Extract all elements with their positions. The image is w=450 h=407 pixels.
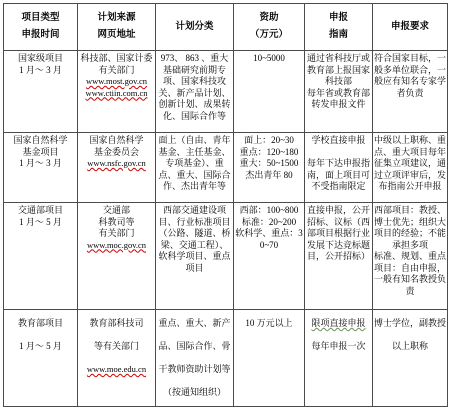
website-url: www.most.gov.cn [79, 76, 154, 88]
cell-requirement: 符合国家目标，一般多单位联合，一般应有知名专家学者负责 [373, 51, 448, 133]
cell-source: 交通部 科教司等 有关部门 www.moc.gov.cn [78, 203, 156, 310]
cell-requirement: 博士学位，副教授以上职称 [373, 310, 448, 407]
table-header-row: 项目类型 申报时间 计划来源 网页地址 计划分类 资助 （万元） 申报 指南 申… [4, 4, 448, 51]
header-application-guide: 申报 指南 [305, 4, 373, 51]
cell-source: 科技部、国家计委 有关部门 www.most.gov.cn www.ctiin.… [78, 51, 156, 133]
table-row-moc-projects: 交通部项目 1 月～ 5 月 交通部 科教司等 有关部门 www.moc.gov… [4, 203, 448, 310]
cell-text: 每年申报一次 [306, 335, 371, 358]
cell-text: 直接申报，公开招标、议标（西部项目根据行业发展下达竞标题目，公开招标） [306, 205, 371, 263]
website-url: www.ctiin.com.cn [79, 88, 154, 100]
header-project-type-time: 项目类型 申报时间 [4, 4, 78, 51]
cell-source: 国家自然科学 基金委员会 www.nsfc.gov.cn [78, 133, 156, 203]
cell-text: 博士学位，副教授以上职称 [374, 312, 446, 358]
cell-text: 国家自然科学 基金项目 1 月～ 3 月 [5, 135, 76, 170]
cell-text: 教育部项目 1 月～ 5 月 [5, 312, 76, 358]
cell-text: 西部项目：教授、博士优先；组织大项目的经验；不能承担多项 标准、规划、重点项目：… [374, 205, 446, 297]
cell-type-time: 教育部项目 1 月～ 5 月 [4, 310, 78, 407]
header-plan-source-url: 计划来源 网页地址 [78, 4, 156, 51]
cell-text: 交通部 科教司等 有关部门 [79, 205, 154, 240]
cell-category: 重点、重大、新产品、国际合作、骨干教师资助计划等（按通知组织） [156, 310, 234, 407]
cell-funding: 10 万元以上 [234, 310, 305, 407]
grammar-checked-text: 限项直接申报 [311, 318, 365, 328]
header-text: 项目类型 申报时间 [5, 10, 76, 44]
website-url: www.moc.gov.cn [79, 240, 154, 252]
header-text: 计划分类 [157, 19, 232, 36]
cell-text: 面上：20~30 重点：120~180 重大：50~1500 杰出青年 80 [235, 135, 303, 181]
header-plan-category: 计划分类 [156, 4, 234, 51]
header-funding-amount: 资助 （万元） [234, 4, 305, 51]
cell-guide: 学校直接申报 每年下达申报指南，面上项目可不受指南限定 [305, 133, 373, 203]
cell-guide: 直接申报，公开招标、议标（西部项目根据行业发展下达竞标题目，公开招标） [305, 203, 373, 310]
cell-type-time: 交通部项目 1 月～ 5 月 [4, 203, 78, 310]
cell-requirement: 中级以上职称、重点、重大项目每年征集立项建议，通过立项评审后，发布指南公开申报 [373, 133, 448, 203]
funding-programs-table: 项目类型 申报时间 计划来源 网页地址 计划分类 资助 （万元） 申报 指南 申… [3, 3, 448, 407]
cell-text: 符合国家目标，一般多单位联合，一般应有知名专家学者负责 [374, 53, 446, 99]
cell-guide: 限项直接申报 每年申报一次 [305, 310, 373, 407]
cell-type-time: 国家自然科学 基金项目 1 月～ 3 月 [4, 133, 78, 203]
table-row-national-projects: 国家级项目 1 月～ 3 月 科技部、国家计委 有关部门 www.most.go… [4, 51, 448, 133]
cell-funding: 西部：100~800 标准：20~200 软科学、重点：30~70 [234, 203, 305, 310]
header-text: 计划来源 网页地址 [79, 10, 154, 44]
cell-text: 教育部科技司 等有关部门 [79, 312, 154, 358]
cell-funding: 面上：20~30 重点：120~180 重大：50~1500 杰出青年 80 [234, 133, 305, 203]
cell-text: 国家自然科学 基金委员会 [79, 135, 154, 158]
cell-text: 973、 863 、重大基础研究前期专项、国家科技攻关、新产品计划、创新计划、成… [157, 53, 232, 122]
cell-text: 交通部项目 1 月～ 5 月 [5, 205, 76, 228]
header-text: 申报 指南 [306, 10, 371, 44]
cell-category: 973、 863 、重大基础研究前期专项、国家科技攻关、新产品计划、创新计划、成… [156, 51, 234, 133]
cell-source: 教育部科技司 等有关部门 www.moe.edu.cn [78, 310, 156, 407]
header-text: 资助 （万元） [235, 10, 303, 44]
cell-text: 国家级项目 1 月～ 3 月 [5, 53, 76, 76]
website-url: www.moe.edu.cn [79, 358, 154, 381]
cell-type-time: 国家级项目 1 月～ 3 月 [4, 51, 78, 133]
cell-requirement: 西部项目：教授、博士优先；组织大项目的经验；不能承担多项 标准、规划、重点项目：… [373, 203, 448, 310]
cell-text: 通过省科技厅或教育部上报国家科技部 每年省或教育部转发申报文件 [306, 53, 371, 111]
cell-text: 10 万元以上 [235, 312, 303, 335]
table-row-moe-projects: 教育部项目 1 月～ 5 月 教育部科技司 等有关部门 www.moe.edu.… [4, 310, 448, 407]
cell-text: 学校直接申报 每年下达申报指南，面上项目可不受指南限定 [306, 135, 371, 193]
cell-text: 面上（自由、青年基金、主任基金、专项基金）、重点、重大、国际合作、杰出青年等 [157, 135, 232, 193]
cell-category: 西部交通建设项目、行业标准项目（公路、隧道、桥梁、交通工程）、软科学项目、重点项… [156, 203, 234, 310]
table-row-nsfc-projects: 国家自然科学 基金项目 1 月～ 3 月 国家自然科学 基金委员会 www.ns… [4, 133, 448, 203]
header-application-requirements: 申报要求 [373, 4, 448, 51]
cell-text: 重点、重大、新产品、国际合作、骨干教师资助计划等（按通知组织） [157, 312, 232, 404]
cell-text: 10~5000 [235, 53, 303, 65]
header-text: 申报要求 [374, 19, 446, 36]
cell-text: 西部交通建设项目、行业标准项目（公路、隧道、桥梁、交通工程）、软科学项目、重点项… [157, 205, 232, 274]
cell-text: 科技部、国家计委 有关部门 [79, 53, 154, 76]
cell-category: 面上（自由、青年基金、主任基金、专项基金）、重点、重大、国际合作、杰出青年等 [156, 133, 234, 203]
cell-text: 中级以上职称、重点、重大项目每年征集立项建议，通过立项评审后，发布指南公开申报 [374, 135, 446, 193]
cell-funding: 10~5000 [234, 51, 305, 133]
website-url: www.nsfc.gov.cn [79, 158, 154, 170]
cell-text: 西部：100~800 标准：20~200 软科学、重点：30~70 [235, 205, 303, 251]
cell-guide: 通过省科技厅或教育部上报国家科技部 每年省或教育部转发申报文件 [305, 51, 373, 133]
cell-text: 限项直接申报 [306, 312, 371, 335]
